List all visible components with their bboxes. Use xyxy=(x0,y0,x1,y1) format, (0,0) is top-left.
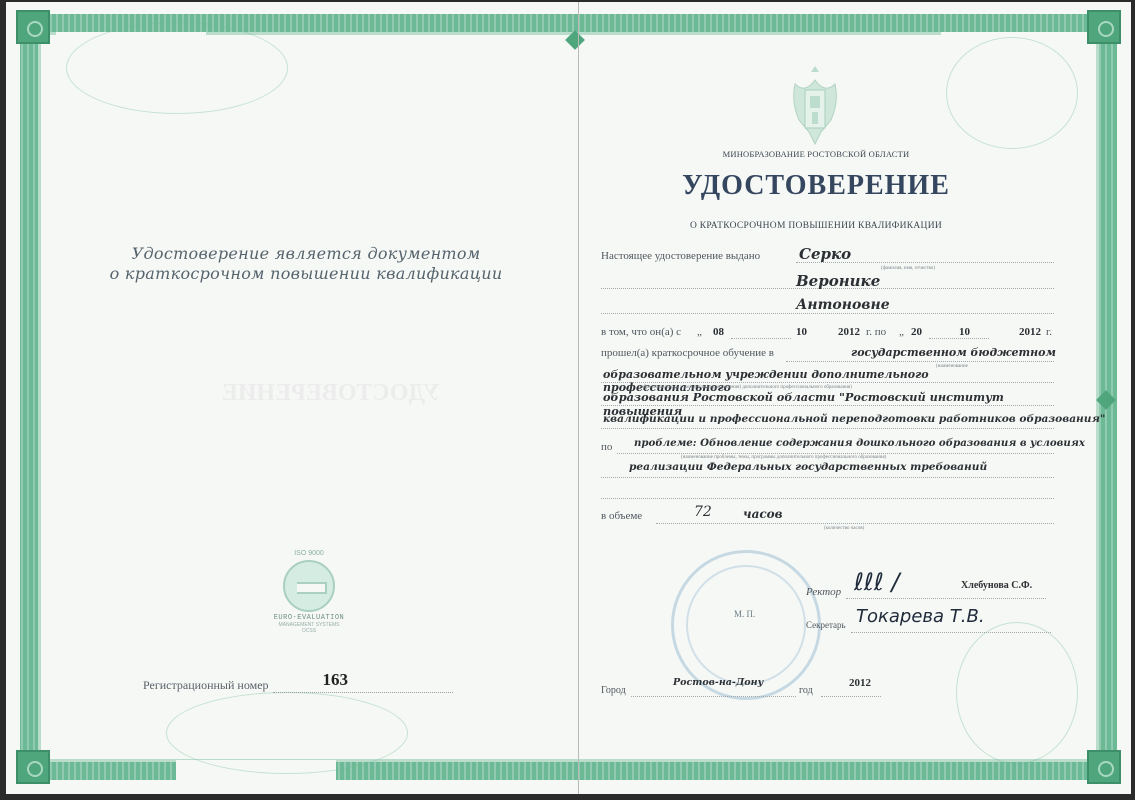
rector-label: Ректор xyxy=(806,586,841,598)
corner-ornament-icon xyxy=(16,750,50,784)
caption-line-1: Удостоверение является документом xyxy=(106,244,506,264)
year-value: 2012 xyxy=(849,677,871,689)
registration-number-field: Регистрационный номер 163 xyxy=(143,678,453,693)
issued-label: Настоящее удостоверение выдано xyxy=(601,250,760,262)
corner-ornament-icon xyxy=(1087,10,1121,44)
secretary-label: Секретарь xyxy=(806,620,846,630)
document-title: УДОСТОВЕРЕНИЕ xyxy=(586,170,1046,202)
registration-label: Регистрационный номер xyxy=(143,678,269,693)
from-year: 2012 xyxy=(838,326,860,338)
guilloche-ornament xyxy=(946,37,1078,149)
to-year: 2012 xyxy=(1019,326,1041,338)
hours-unit: часов xyxy=(743,507,783,521)
institution-line-4: квалификации и профессиональной переподг… xyxy=(603,413,1105,425)
training-label: прошел(а) краткосрочное обучение в xyxy=(601,347,774,359)
open-quote: „ xyxy=(899,326,904,338)
hours-value: 72 xyxy=(694,504,712,520)
city-year-row: Город Ростов-на-Дону год 2012 xyxy=(601,680,901,700)
document-subtitle: О КРАТКОСРОЧНОМ ПОВЫШЕНИИ КВАЛИФИКАЦИИ xyxy=(586,221,1046,231)
rector-signature-scribble: ℓℓℓ / xyxy=(854,568,899,596)
guilloche-ornament xyxy=(166,692,408,774)
rostov-coat-of-arms-icon xyxy=(789,62,841,150)
institution-line-1: государственном бюджетном xyxy=(851,346,1056,359)
bleed-through-text: УДОСТОВЕРЕНИЕ xyxy=(166,380,496,407)
page-fold xyxy=(578,2,579,794)
corner-ornament-icon xyxy=(1087,750,1121,784)
training-period: в том, что он(а) с „ 08 10 2012 г. по „ … xyxy=(601,326,1056,342)
to-month: 10 xyxy=(959,326,970,338)
secretary-signature-row: Секретарь Токарева Т.В. xyxy=(806,612,1066,642)
secretary-signature: Токарева Т.В. xyxy=(856,606,985,627)
recipient-name: Веронике xyxy=(796,272,880,290)
caption-line-2: о краткосрочном повышении квалификации xyxy=(106,264,506,284)
topic-line-1: проблеме: Обновление содержания дошкольн… xyxy=(634,437,1085,449)
topic-caption: (наименование проблемы, темы, программы … xyxy=(681,455,886,460)
year-label: год xyxy=(799,685,813,696)
iso-badge-mark: OCSS xyxy=(264,628,354,634)
recipient-surname: Серко xyxy=(799,245,851,263)
iso-badge-top: ISO 9000 xyxy=(264,550,354,557)
topic-label: по xyxy=(601,441,612,453)
certificate-sheet: Удостоверение является документом о крат… xyxy=(6,2,1131,794)
left-caption: Удостоверение является документом о крат… xyxy=(106,244,506,284)
iso-badge-brand: EURO-EVALUATION xyxy=(264,614,354,622)
registration-value: 163 xyxy=(323,670,349,690)
stamp-label: М. П. xyxy=(734,609,755,619)
recipient-patronymic: Антоновне xyxy=(796,297,890,313)
period-mid: г. по xyxy=(866,326,886,338)
guilloche-ornament xyxy=(66,22,288,114)
iso-badge: ISO 9000 EURO-EVALUATION MANAGEMENT SYST… xyxy=(264,550,354,634)
volume-label: в объеме xyxy=(601,510,642,522)
city-label: Город xyxy=(601,685,626,696)
rector-signature-row: Ректор ℓℓℓ / Хлебунова С.Ф. xyxy=(806,572,1056,602)
recipient-field: Настоящее удостоверение выдано Серко (фа… xyxy=(601,250,1056,262)
rector-name: Хлебунова С.Ф. xyxy=(961,580,1032,591)
open-quote: „ xyxy=(697,326,702,338)
to-day: 20 xyxy=(911,326,922,338)
period-prefix: в том, что он(а) с xyxy=(601,326,681,338)
period-suffix: г. xyxy=(1046,326,1052,338)
hours-caption: (количество часов) xyxy=(824,526,864,531)
ministry-header: МИНОБРАЗОВАНИЕ РОСТОВСКОЙ ОБЛАСТИ xyxy=(586,149,1046,159)
name-caption: (фамилия, имя, отчество) xyxy=(881,266,935,271)
corner-ornament-icon xyxy=(16,10,50,44)
iso-e-logo-icon xyxy=(283,560,335,612)
guilloche-ornament xyxy=(956,622,1078,764)
city-value: Ростов-на-Дону xyxy=(673,677,763,688)
from-day: 08 xyxy=(713,326,724,338)
topic-line-2: реализации Федеральных государственных т… xyxy=(629,461,987,473)
institution-field: прошел(а) краткосрочное обучение в госуд… xyxy=(601,347,1056,359)
from-month: 10 xyxy=(796,326,807,338)
